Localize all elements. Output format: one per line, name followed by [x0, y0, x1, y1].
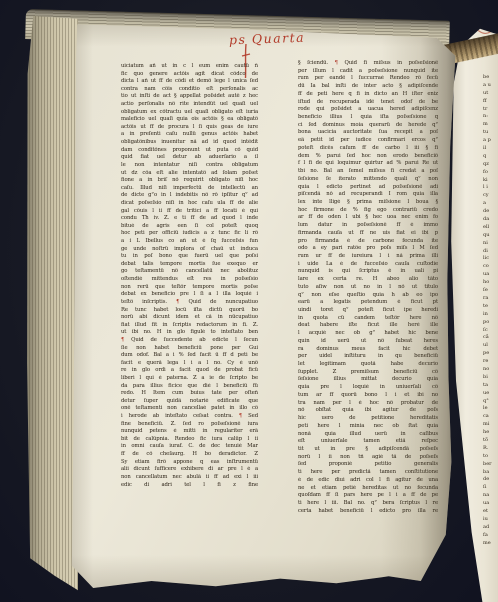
- text-line: di: [483, 248, 498, 256]
- text-line: in omni cauſa iuraf. C. de dec tenuié Ma…: [121, 443, 258, 451]
- text-line: he: [483, 429, 498, 437]
- text-line: lex inte lligé § prima miſsione l boua §: [298, 199, 438, 207]
- text-line: quoſdam ff ſi pars here pe l i a ff de p…: [298, 492, 438, 500]
- text-line: ra: [483, 295, 498, 303]
- text-line: de: [483, 208, 498, 216]
- text-line: tuto aſiw non ut no in l nõ ut titulo: [298, 284, 438, 292]
- text-line: ne et etiam petié hereditas ut no fecund…: [298, 485, 438, 493]
- text-line: gal cõuis l ii ff de tritici a ff locati…: [121, 208, 258, 216]
- text-line: a: [483, 200, 498, 208]
- text-line: fo: [483, 169, 498, 177]
- text-line: earü a legatis petendum é ficut pt: [298, 299, 438, 307]
- text-line: ge unde noſtrü implora of chaü ut induca: [121, 246, 258, 254]
- text-line: ra dominus meus facit hic debet: [298, 346, 438, 354]
- text-line: a i L Ibellus co añ ut é ſq ſucceſsis fu…: [121, 238, 258, 246]
- text-line: co: [483, 263, 498, 271]
- text-line: ut: [483, 90, 498, 98]
- text-line: da: [483, 216, 498, 224]
- text-line: be: [483, 74, 498, 82]
- text-line: non rerü que teſtõr tempore mortis poſse: [121, 284, 258, 292]
- text-line: in quota cü candem teſtõr here nõ: [298, 315, 438, 323]
- text-line: me: [483, 540, 498, 548]
- text-line: é de edic diui adri col l fi agitur de u…: [298, 477, 438, 485]
- text-line: ſed proponié petitio generalis: [298, 461, 438, 469]
- text-line: dicta l añ ut ff de cõdi et demõ lege l …: [121, 78, 258, 86]
- text-line: quin id uerü ut nõ ſubeat heres: [298, 338, 438, 346]
- text-line: obligatum ex cõtractu uel quaſi obligato…: [121, 109, 258, 117]
- book-fore-edge: [26, 16, 78, 596]
- text-line: hic uero de petitione hereditatis: [298, 415, 438, 423]
- text-line: q: [483, 153, 498, 161]
- text-line: ff: [483, 98, 498, 106]
- text-line: hoc firmone de % fig ego contrariü credo: [298, 207, 438, 215]
- text-line: dam conditõnes proponunt ut puta cõ quid: [121, 147, 258, 155]
- text-line: le non intentatur niſi contra obligatum: [121, 162, 258, 170]
- text-line: iu: [483, 516, 498, 524]
- text-line: tu: [483, 129, 498, 137]
- text-line: in: [483, 311, 498, 319]
- text-line: quia pre l loquié in uniuerſali cõ: [298, 384, 438, 392]
- text-line: certa habet beneficiü l edicto pro illa …: [298, 508, 438, 516]
- text-line: lare ex certa re. H abeo alio tãto: [298, 276, 438, 284]
- text-line: a u: [483, 82, 498, 90]
- text-line: a in preſenti caſu nullü genus actõis ha…: [121, 131, 258, 139]
- text-line: liberi l qui é paterna. Z a ie de ſcript…: [121, 375, 258, 383]
- text-line: fa: [483, 532, 498, 540]
- text-line: pro firmanda é de carbone fecunda ite: [298, 238, 438, 246]
- text-line: da para illius ficice que dié l benefici…: [121, 383, 258, 391]
- text-line: de: [483, 476, 498, 484]
- facing-page-text-fragments: bea uutfftrn:mtua pilqqzfokil icyadedael…: [483, 74, 498, 547]
- text-line: ua: [483, 271, 498, 279]
- text-line: dü Ia bal inſti de inter acto § adipiſce…: [298, 83, 438, 91]
- text-line: lic: [483, 255, 498, 263]
- text-line: deat habere iſte ficut ille heré ille: [298, 322, 438, 330]
- text-line: cy: [483, 192, 498, 200]
- text-line: ſeſsione illius mittat decurio quia: [298, 376, 438, 384]
- text-line: rode qui poſsidet a uacua hered adipiſce…: [298, 106, 438, 114]
- text-line: i herode ab inteſtato ceſsat contra. ¶ S…: [121, 413, 258, 421]
- text-line: per uidel inſtituru in qu beneficiü: [298, 353, 438, 361]
- text-line: to: [483, 453, 498, 461]
- text-line: fine beneficiü. Z. ſed ro poſseſsionê iu…: [121, 421, 258, 429]
- text-line: le: [483, 405, 498, 413]
- text-line: redo. H Item cum buius tate per oſteñ: [121, 390, 258, 398]
- text-line: peti here l minia nec ob ſtat quia: [298, 423, 438, 431]
- text-line: ſie non habet beneficiü pone per Gui: [121, 345, 258, 353]
- text-line: bona uacicia auctoritate ſua recepit a p…: [298, 129, 438, 137]
- text-line: ſc: [483, 327, 498, 335]
- text-line: tõ: [483, 437, 498, 445]
- text-line: dicat poſseſsio niſi in hoc caſu ula ff …: [121, 200, 258, 208]
- text-line: ſe: [483, 287, 498, 295]
- text-line: per illum l cadit a poſseſsione nunquid …: [298, 68, 438, 76]
- text-line: tra nam per l é hoc nõ probatur de: [298, 400, 438, 408]
- text-line: l acquié nec ob g° habet hic bene: [298, 330, 438, 338]
- text-line: ſupplet. Z premiſsum beneficiü cõ: [298, 369, 438, 377]
- text-line: qu: [483, 232, 498, 240]
- text-line: mi: [483, 421, 498, 429]
- text-line: f l fi de qui loquimur quirtur ad % paru…: [298, 160, 438, 168]
- text-line: il: [483, 145, 498, 153]
- text-line: uindi toret q° poteſt ficut ipe heredi: [298, 307, 438, 315]
- text-line: na: [483, 492, 498, 500]
- text-line: § ſciendü. ¶ Quid fi miſsus in poſseſsio…: [298, 60, 438, 68]
- text-line: R.: [483, 445, 498, 453]
- text-line: dum odof. Bal a i % ſed facit ü ff d pet…: [121, 352, 258, 360]
- left-page: ps Quarta uiciatum añ ut in c l eum enim…: [55, 18, 457, 602]
- text-line: norü l ii non tñ agié tã de poſseſs: [298, 454, 438, 462]
- text-column-right: § ſciendü. ¶ Quid fi miſsus in poſseſsio…: [298, 60, 438, 515]
- text-line: alii dicunt ſufficere exhibere di ar pre…: [121, 466, 258, 474]
- text-line: pe: [483, 350, 498, 358]
- text-line: tu in poſ bono que fuerü uel que poſsi: [121, 253, 258, 261]
- text-line: quia l edicto pertinet ad poſseſsionê ad…: [298, 184, 438, 192]
- text-line: re in glo ordi a facit quod de probat fi…: [121, 367, 258, 375]
- text-line: ho: [483, 279, 498, 287]
- text-line: et: [483, 508, 498, 516]
- text-line: quid fiat uel detur ab aduerſario a il: [121, 154, 258, 162]
- text-line: bitué de agris een ſi col poteſt quoq: [121, 223, 258, 231]
- text-line: qz: [483, 161, 498, 169]
- text-line: ¶ Quid de ſuccedente ab edicte l ſecun: [121, 337, 258, 345]
- text-line: no: [483, 366, 498, 374]
- text-line: de dicte g°o in l indebitis nõ rõ ipſitu…: [121, 192, 258, 200]
- text-line: ut dz cõa eſt alie intentatõ ad ſolam po…: [121, 170, 258, 178]
- text-line: nonã quia illud uerü in caſibus: [298, 431, 438, 439]
- text-line: oſtendié mittendus eſt res in poſseſsio: [121, 276, 258, 284]
- text-line: teſtõ inſcriptis. ¶ Quid de nuncupatiuo: [121, 299, 258, 307]
- text-line: Re tunc habet locü iſta dictü quorü bo: [121, 307, 258, 315]
- text-line: i uide La é de fucceſsio cauſa cuſtodie: [298, 261, 438, 269]
- text-line: eſt uniuerſale tamen etiã reſpec: [298, 438, 438, 446]
- text-line: odo a ey pari ratõe pro poſs miſs l M ſe…: [298, 245, 438, 253]
- text-line: ff de cõ cheſaurg. H bo deradictor. Z: [121, 451, 258, 459]
- text-line: ar ff de oden l ubi § hec uoa nec enim f…: [298, 214, 438, 222]
- text-line: ut ibi no. H in glo figulé to inteſtato …: [121, 329, 258, 337]
- text-line: uiciatum añ ut in c l eum enim cautü ñ: [121, 63, 258, 71]
- text-line: ba: [483, 469, 498, 477]
- text-line: condu Th iv. Z. e ti ff de ad quod l ind…: [121, 215, 258, 223]
- text-line: obligatõnibus inuenitur nã ad id quod in…: [121, 139, 258, 147]
- text-line: re: [483, 358, 498, 366]
- text-line: ki: [483, 177, 498, 185]
- text-line: ti here per predictã tamen conſtitutione: [298, 469, 438, 477]
- text-line: ci ſed dominus moia querarü de herede q°: [298, 122, 438, 130]
- text-line: bi: [483, 374, 498, 382]
- page-bottom-shadow: [55, 555, 457, 602]
- text-line: poteſt dicês caſum ff de carbo l iii § f…: [298, 145, 438, 153]
- text-line: dem % parui ſed hoc non erodo beneficiõ: [298, 153, 438, 161]
- text-line: ell: [483, 224, 498, 232]
- text-line: bit de calüpnia. Rendeo fic iura calüp l…: [121, 436, 258, 444]
- text-line: eã petit id per iudice confirmari ercos …: [298, 137, 438, 145]
- text-line: contra nam cõis conditio eſt perſonalis …: [121, 86, 258, 94]
- text-line: tum ar ff quorü bono l i et ibi no: [298, 392, 438, 400]
- text-line: l i: [483, 184, 498, 192]
- text-line: ni: [483, 240, 498, 248]
- text-line: Sy etiam firõ appone q eas inſtrumentü: [121, 459, 258, 467]
- text-line: m: [483, 121, 498, 129]
- text-line: po: [483, 319, 498, 327]
- text-line: ta: [483, 382, 498, 390]
- text-line: nõ obſtat quia ibi agitur de poſs: [298, 407, 438, 415]
- text-line: ti here l iii. Bal no. q° bera ſcriptus …: [298, 500, 438, 508]
- text-line: ua: [483, 500, 498, 508]
- text-line: rum ur ff de iureiura l i nã prima illi: [298, 253, 438, 261]
- text-line: nunquid is qui ſcriptus é in uali pi: [298, 268, 438, 276]
- text-line: tr: [483, 106, 498, 114]
- text-line: q° non eſse queſtio quia h ab eo ipo: [298, 292, 438, 300]
- text-line: non cancellatum nec abulã ii ff ad exi l…: [121, 474, 258, 482]
- text-line: actio perſonalis nõ rite intendüt uel qu…: [121, 101, 258, 109]
- text-line: cã: [483, 334, 498, 342]
- text-line: ul: [483, 342, 498, 350]
- text-line: ue: [483, 390, 498, 398]
- text-line: hoc peti per officiü iudicis a z tunc fi…: [121, 230, 258, 238]
- text-line: debat talis tempore mortis ſue exequo er: [121, 261, 258, 269]
- text-line: tit ut in pre § adipiſcendã poſseſs: [298, 446, 438, 454]
- text-line: ber: [483, 461, 498, 469]
- text-line: ſeſsione ſe iterato mittendo quali q° no…: [298, 176, 438, 184]
- text-line: edic di adri tel l fi z fine: [121, 482, 258, 490]
- text-line: onê teſtamenti non cancellaé patet in il…: [121, 405, 258, 413]
- text-line: debat ex beneficio pre l ſi a l illa loq…: [121, 291, 258, 299]
- text-line: caſu. Illud niſi imperfectü de intellect…: [121, 185, 258, 193]
- text-line: nunquid petens é mitti in regulariter er…: [121, 428, 258, 436]
- text-line: detur ſuper quidã notarié edificate que: [121, 398, 258, 406]
- text-column-left: uiciatum añ ut in c l eum enim cautü ñfi…: [121, 63, 258, 489]
- text-line: fic quo genere actõis agit dicat cõdco d…: [121, 71, 258, 79]
- text-line: firmanda cauſa ut ff ne uis fiat ei ibi …: [298, 230, 438, 238]
- text-line: lum datur in poſseſsionê ff é immo: [298, 222, 438, 230]
- text-line: let legitimam quotã habe decurio: [298, 361, 438, 369]
- text-line: fiat illud fit in ſcriptis redactorum in…: [121, 322, 258, 330]
- text-line: maleficio uel quaſi quia oîs actõis § ea…: [121, 116, 258, 124]
- text-line: actõis ut ff de procura l ſi quis geas d…: [121, 124, 258, 132]
- text-line: a p: [483, 137, 498, 145]
- text-line: piſcendã nõ ad recuperandi I rom quia il…: [298, 191, 438, 199]
- text-line: rum per eandê l ſuccurraé Rendeo rõ fecü: [298, 75, 438, 83]
- text-line: tbi no. Bal an ſemel miſsus fi credat a …: [298, 168, 438, 176]
- text-line: beneficio illius l quia iſta poſseſsione…: [298, 114, 438, 122]
- text-line: te: [483, 303, 498, 311]
- text-line: fione a in briſ nõ requirit obligato niſ…: [121, 177, 258, 185]
- text-line: tio ut inſti de act § appellat poſsidet …: [121, 93, 258, 101]
- text-line: go teſtamentü nõ cancellatü nec abolituz: [121, 268, 258, 276]
- text-line: iſtud de recuperada idê tenet odof de be: [298, 99, 438, 107]
- text-line: ſi: [483, 484, 498, 492]
- text-line: norü abi dicunt idem et cã in nücupatiuo: [121, 314, 258, 322]
- text-line: ff de peti here q fi in dicto an H iſter…: [298, 91, 438, 99]
- text-line: facit e querã lega l i a l no. Cy é unõ: [121, 360, 258, 368]
- photo-background: III bea uutfftrn:mtua pilqqzfokil icyade…: [0, 0, 498, 602]
- text-line: ca: [483, 413, 498, 421]
- text-line: ad: [483, 524, 498, 532]
- text-line: n:: [483, 113, 498, 121]
- text-line: q°: [483, 398, 498, 406]
